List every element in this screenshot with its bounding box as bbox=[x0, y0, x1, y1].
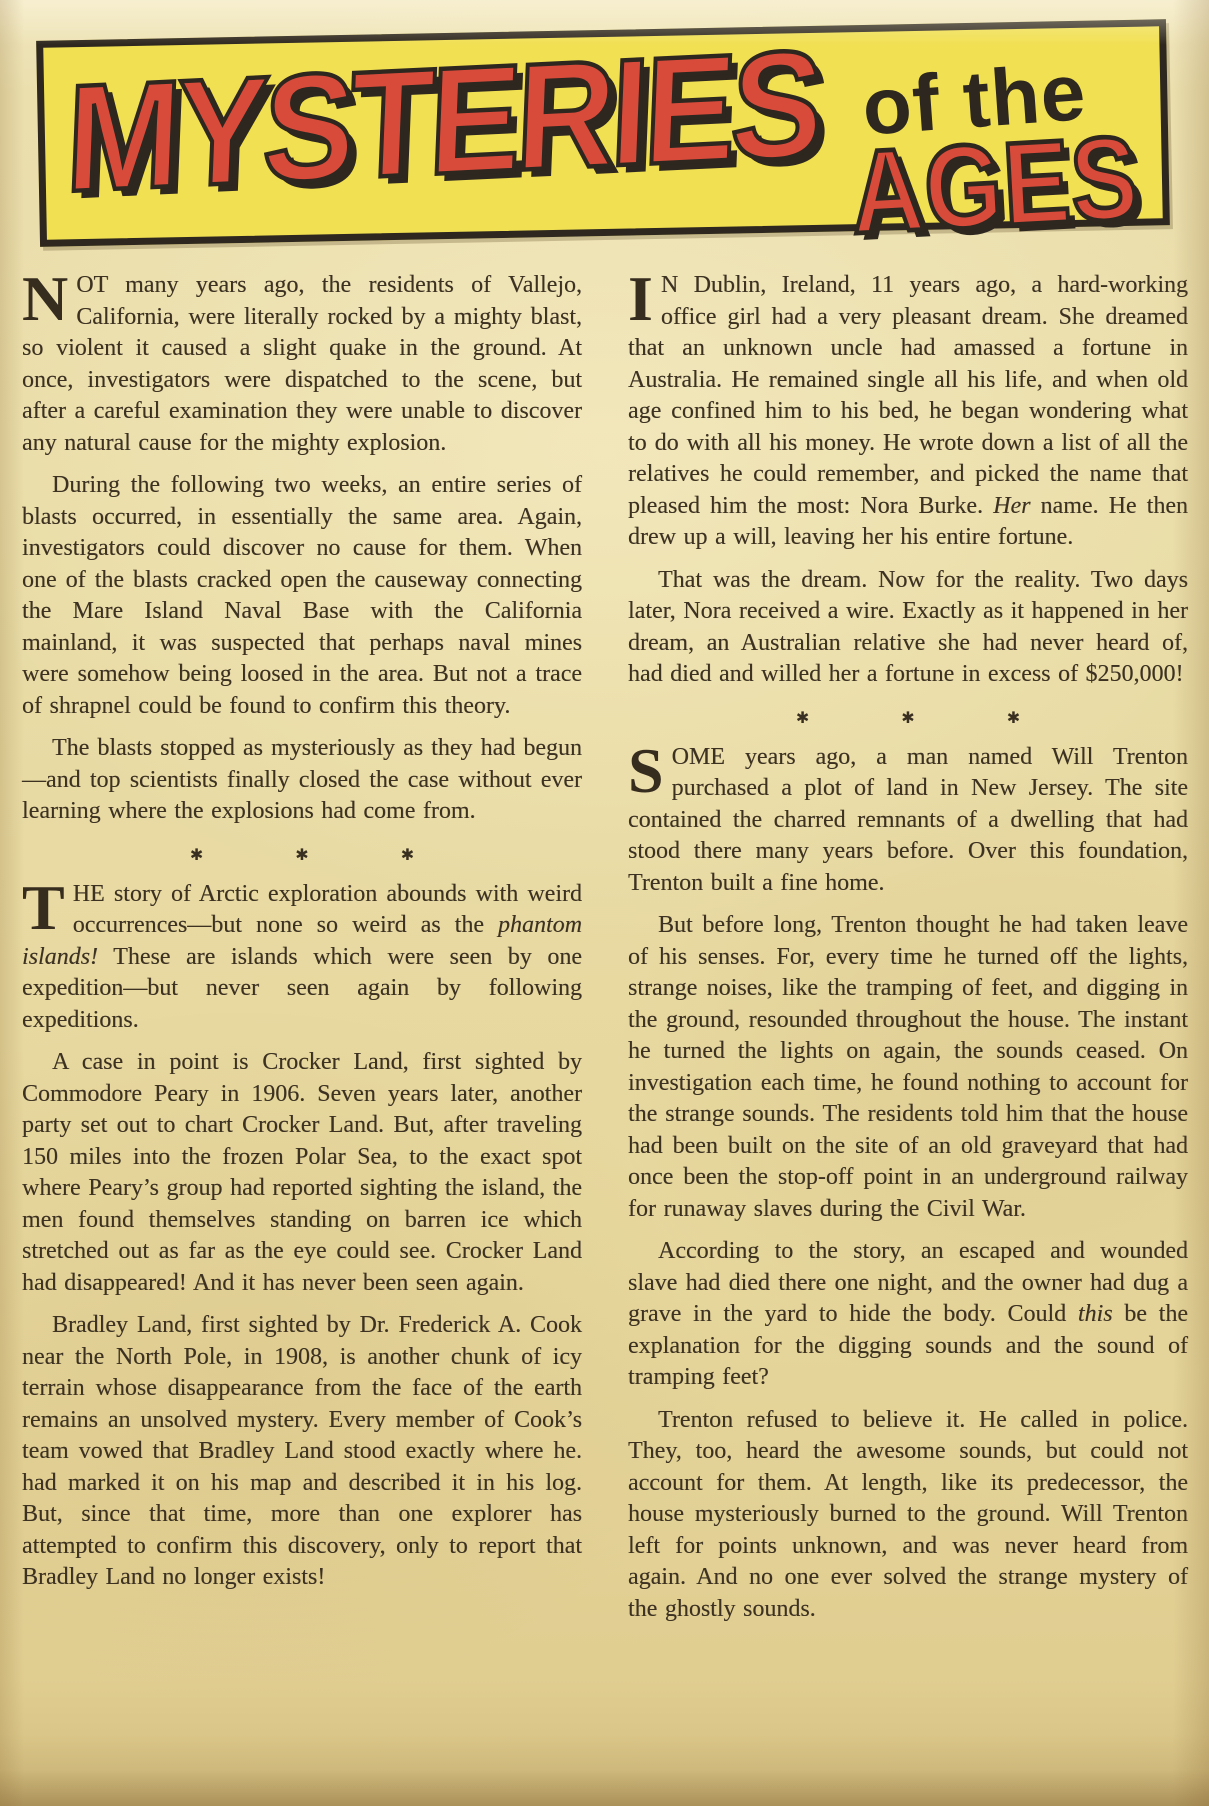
drop-cap: I bbox=[628, 270, 661, 324]
paragraph: IN Dublin, Ireland, 11 years ago, a hard… bbox=[628, 270, 1188, 554]
left-column: NOT many years ago, the residents of Val… bbox=[22, 270, 582, 1636]
body-text: N Dublin, Ireland, 11 years ago, a hard-… bbox=[628, 272, 1188, 519]
floret-icon: ✱ bbox=[1007, 708, 1020, 727]
section-separator: ✱✱✱ bbox=[628, 708, 1188, 727]
paragraph: According to the story, an escaped and w… bbox=[628, 1236, 1188, 1394]
floret-icon: ✱ bbox=[901, 708, 914, 727]
floret-icon: ✱ bbox=[796, 708, 809, 727]
section-separator: ✱✱✱ bbox=[22, 845, 582, 864]
comic-text-page: MYSTERIES of the AGES NOT many years ago… bbox=[0, 0, 1209, 1806]
title-word-mysteries: MYSTERIES bbox=[63, 28, 821, 216]
article-body: NOT many years ago, the residents of Val… bbox=[22, 270, 1188, 1636]
floret-icon: ✱ bbox=[190, 845, 203, 864]
paragraph: That was the dream. Now for the reality.… bbox=[628, 565, 1188, 691]
paragraph: SOME years ago, a man named Will Trenton… bbox=[628, 742, 1188, 900]
drop-cap: N bbox=[22, 270, 76, 324]
italic-text: this bbox=[1078, 1301, 1113, 1327]
paragraph: Trenton refused to believe it. He called… bbox=[628, 1405, 1188, 1626]
body-text: That was the dream. Now for the reality.… bbox=[628, 567, 1188, 688]
drop-cap: S bbox=[628, 742, 672, 796]
body-text: OME years ago, a man named Will Trenton … bbox=[628, 744, 1188, 896]
drop-cap: T bbox=[22, 879, 73, 933]
right-column: IN Dublin, Ireland, 11 years ago, a hard… bbox=[628, 270, 1188, 1636]
paragraph: During the following two weeks, an entir… bbox=[22, 470, 582, 722]
floret-icon: ✱ bbox=[295, 845, 308, 864]
title-word-ages: AGES bbox=[848, 119, 1141, 252]
paragraph: The blasts stopped as mysteriously as th… bbox=[22, 733, 582, 828]
title-banner: MYSTERIES of the AGES bbox=[36, 19, 1170, 247]
body-text: Trenton refused to believe it. He called… bbox=[628, 1407, 1188, 1622]
body-text: OT many years ago, the residents of Vall… bbox=[22, 272, 582, 456]
body-text: But before long, Trenton thought he had … bbox=[628, 912, 1188, 1222]
italic-text: Her bbox=[993, 493, 1030, 519]
body-text: The blasts stopped as mysteriously as th… bbox=[22, 735, 582, 824]
body-text: Bradley Land, first sighted by Dr. Frede… bbox=[22, 1312, 582, 1590]
paragraph: But before long, Trenton thought he had … bbox=[628, 910, 1188, 1225]
paragraph: NOT many years ago, the residents of Val… bbox=[22, 270, 582, 459]
floret-icon: ✱ bbox=[401, 845, 414, 864]
body-text: During the following two weeks, an entir… bbox=[22, 472, 582, 719]
paragraph: A case in point is Crocker Land, first s… bbox=[22, 1047, 582, 1299]
paragraph: THE story of Arctic exploration abounds … bbox=[22, 879, 582, 1037]
body-text: These are islands which were seen by one… bbox=[22, 944, 582, 1033]
body-text: A case in point is Crocker Land, first s… bbox=[22, 1049, 582, 1296]
paragraph: Bradley Land, first sighted by Dr. Frede… bbox=[22, 1310, 582, 1594]
